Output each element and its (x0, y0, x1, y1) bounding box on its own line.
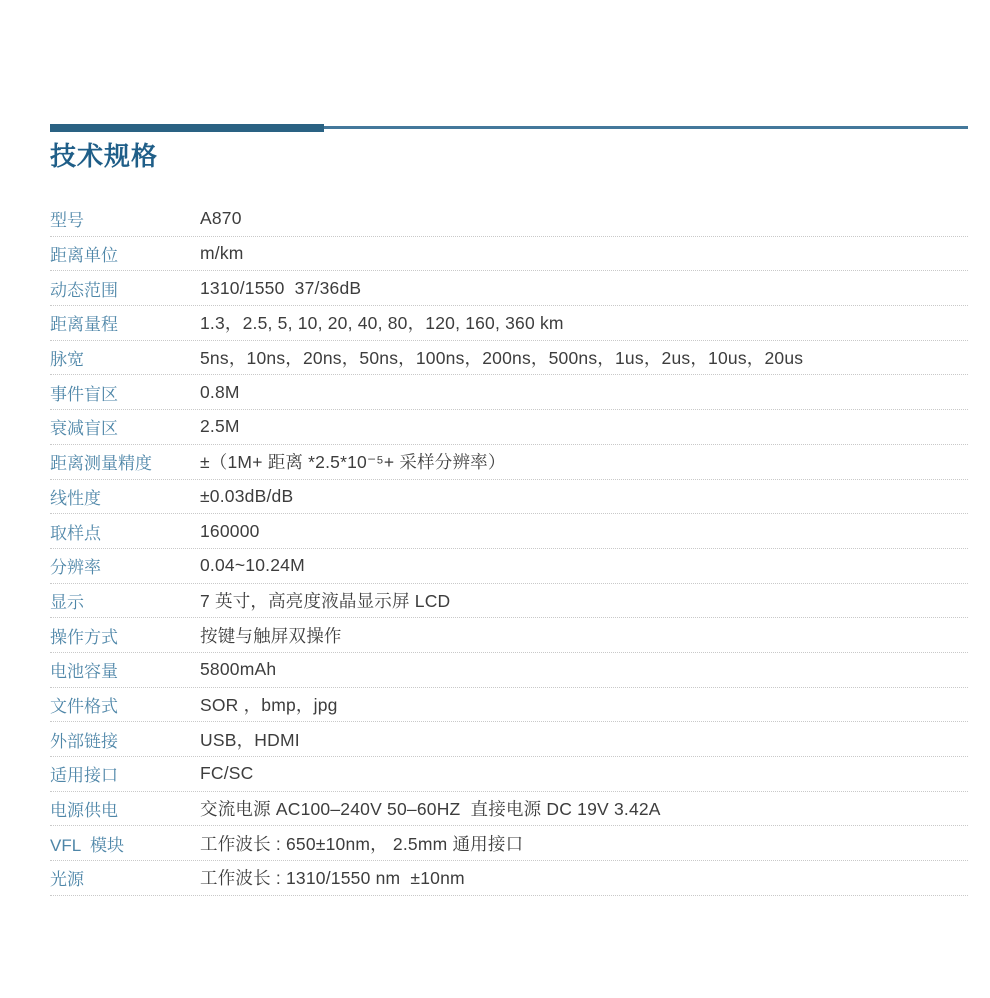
spec-label: 线性度 (50, 484, 200, 509)
spec-value: 按键与触屏双操作 (200, 623, 968, 648)
spec-label: 显示 (50, 588, 200, 613)
spec-value: 2.5M (200, 416, 968, 437)
spec-row: 距离单位 m/km (50, 237, 968, 272)
section-title: 技术规格 (50, 140, 968, 173)
spec-label: 距离量程 (50, 310, 200, 335)
spec-row: 光源 工作波长 : 1310/1550 nm ±10nm (50, 861, 968, 896)
spec-label: 型号 (50, 206, 200, 231)
spec-value: 1.3，2.5, 5, 10, 20, 40, 80，120, 160, 360… (200, 310, 968, 335)
spec-label: 取样点 (50, 519, 200, 544)
spec-row: 距离测量精度 ±（1M+ 距离 *2.5*10⁻⁵+ 采样分辨率） (50, 445, 968, 480)
spec-label: 电源供电 (50, 796, 200, 821)
spec-label: 操作方式 (50, 623, 200, 648)
spec-value: 0.8M (200, 382, 968, 403)
spec-value: USB，HDMI (200, 727, 968, 752)
spec-row: 动态范围 1310/1550 37/36dB (50, 271, 968, 306)
spec-value: ±0.03dB/dB (200, 486, 968, 507)
spec-label: 文件格式 (50, 692, 200, 717)
spec-value: m/km (200, 243, 968, 264)
spec-row: 外部链接 USB，HDMI (50, 722, 968, 757)
spec-sheet-page: 技术规格 型号 A870 距离单位 m/km 动态范围 1310/1550 37… (0, 0, 990, 998)
spec-row: 取样点 160000 (50, 514, 968, 549)
spec-value: 5ns，10ns，20ns，50ns，100ns，200ns，500ns，1us… (200, 345, 968, 370)
spec-value: 1310/1550 37/36dB (200, 278, 968, 299)
section-divider-rule (50, 124, 968, 132)
spec-value: 0.04~10.24M (200, 555, 968, 576)
spec-value: 5800mAh (200, 659, 968, 680)
spec-row: 线性度 ±0.03dB/dB (50, 480, 968, 515)
spec-row: 显示 7 英寸，高亮度液晶显示屏 LCD (50, 584, 968, 619)
spec-value: 7 英寸，高亮度液晶显示屏 LCD (200, 588, 968, 613)
spec-row: 分辨率 0.04~10.24M (50, 549, 968, 584)
spec-row: 操作方式 按键与触屏双操作 (50, 618, 968, 653)
spec-label: 分辨率 (50, 553, 200, 578)
spec-row: 电池容量 5800mAh (50, 653, 968, 688)
spec-value: SOR ，bmp，jpg (200, 692, 968, 717)
spec-value: ±（1M+ 距离 *2.5*10⁻⁵+ 采样分辨率） (200, 449, 968, 474)
spec-row: 型号 A870 (50, 202, 968, 237)
spec-value: 工作波长 : 1310/1550 nm ±10nm (200, 865, 968, 890)
spec-row: 脉宽 5ns，10ns，20ns，50ns，100ns，200ns，500ns，… (50, 341, 968, 376)
spec-row: 文件格式 SOR ，bmp，jpg (50, 688, 968, 723)
spec-row: 适用接口 FC/SC (50, 757, 968, 792)
spec-row: 电源供电 交流电源 AC100–240V 50–60HZ 直接电源 DC 19V… (50, 792, 968, 827)
spec-label: 外部链接 (50, 727, 200, 752)
spec-label: 动态范围 (50, 276, 200, 301)
spec-row: VFL 模块 工作波长 : 650±10nm， 2.5mm 通用接口 (50, 826, 968, 861)
spec-value: A870 (200, 208, 968, 229)
spec-label: 电池容量 (50, 657, 200, 682)
spec-label: 脉宽 (50, 345, 200, 370)
spec-label: 距离单位 (50, 241, 200, 266)
spec-row: 距离量程 1.3，2.5, 5, 10, 20, 40, 80，120, 160… (50, 306, 968, 341)
spec-value: FC/SC (200, 763, 968, 784)
spec-value: 160000 (200, 521, 968, 542)
spec-table: 型号 A870 距离单位 m/km 动态范围 1310/1550 37/36dB… (50, 202, 968, 896)
spec-row: 衰减盲区 2.5M (50, 410, 968, 445)
spec-label: 光源 (50, 865, 200, 890)
spec-label: 适用接口 (50, 761, 200, 786)
spec-label: 事件盲区 (50, 380, 200, 405)
spec-value: 交流电源 AC100–240V 50–60HZ 直接电源 DC 19V 3.42… (200, 796, 968, 821)
spec-label: VFL 模块 (50, 831, 200, 856)
spec-row: 事件盲区 0.8M (50, 375, 968, 410)
spec-sheet-content: 技术规格 型号 A870 距离单位 m/km 动态范围 1310/1550 37… (50, 0, 968, 896)
spec-label: 距离测量精度 (50, 449, 200, 474)
spec-label: 衰减盲区 (50, 414, 200, 439)
spec-value: 工作波长 : 650±10nm， 2.5mm 通用接口 (200, 831, 968, 856)
divider-thick-bar (50, 124, 324, 132)
